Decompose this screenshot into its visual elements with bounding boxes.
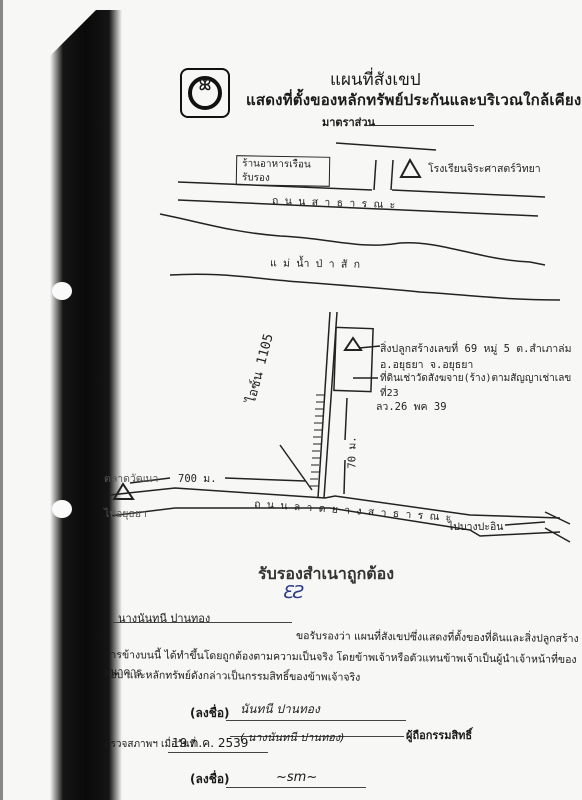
printed-name: ( นางนันทนี ปานทอง) xyxy=(240,728,344,746)
restaurant-label-box: ร้านอาหารเรือน รับรอง xyxy=(236,155,331,187)
stamp-initials: ƐƧ xyxy=(282,582,304,603)
distance-700-label: 700 ม. xyxy=(178,470,217,487)
landmark-label: ตลาดวัฒนา xyxy=(104,470,158,487)
property-line1: สิ่งปลูกสร้างเลขที่ 69 หมู่ 5 ต.สำเภาล่ม xyxy=(380,340,572,357)
signature-1: นันทนี ปานทอง xyxy=(240,700,320,719)
river-label: แ ม่ น้ำ ป่ า สั ก xyxy=(270,254,360,273)
signature-line-1 xyxy=(226,720,406,721)
property-line3: ที่ดินเช่าวัดสังฆจาย(ร้าง)ตามสัญญาเช่าเล… xyxy=(380,371,582,401)
restaurant-label-line2: รับรอง xyxy=(242,171,329,187)
sign-label-2: (ลงชื่อ) xyxy=(190,770,230,789)
name-line xyxy=(112,622,292,623)
left-direction-label: ไปอยุธยา xyxy=(104,505,147,522)
owner-name: นางนันทนี ปานทอง xyxy=(118,609,210,627)
school-label: โรงเรียนจิระศาสตร์วิทยา xyxy=(428,160,541,177)
signature-2: ~sm~ xyxy=(276,770,317,785)
certified-stamp: รับรองสำเนาถูกต้อง xyxy=(258,562,394,587)
date-line xyxy=(168,752,268,753)
certify-text: ขอรับรองว่า แผนที่สังเขปซึ่งแสดงที่ตั้งข… xyxy=(296,627,579,647)
sign-label-1: (ลงชื่อ) xyxy=(190,704,230,723)
statement-line3: สอบ และหลักทรัพย์ดังกล่าวเป็นกรรมสิทธิ์ข… xyxy=(104,666,360,686)
distance-70-label: 70 ม. xyxy=(344,436,361,468)
owner-label: ผู้ถือกรรมสิทธิ์ xyxy=(406,726,472,744)
property-date: ลว.26 พค 39 xyxy=(376,398,447,415)
signature-line-2 xyxy=(226,787,366,788)
restaurant-label-line1: ร้านอาหารเรือน xyxy=(242,157,329,173)
right-direction-label: ไปบางปะอิน xyxy=(448,518,503,535)
inspect-date: 19 ก.ค. 2539 xyxy=(172,734,248,753)
